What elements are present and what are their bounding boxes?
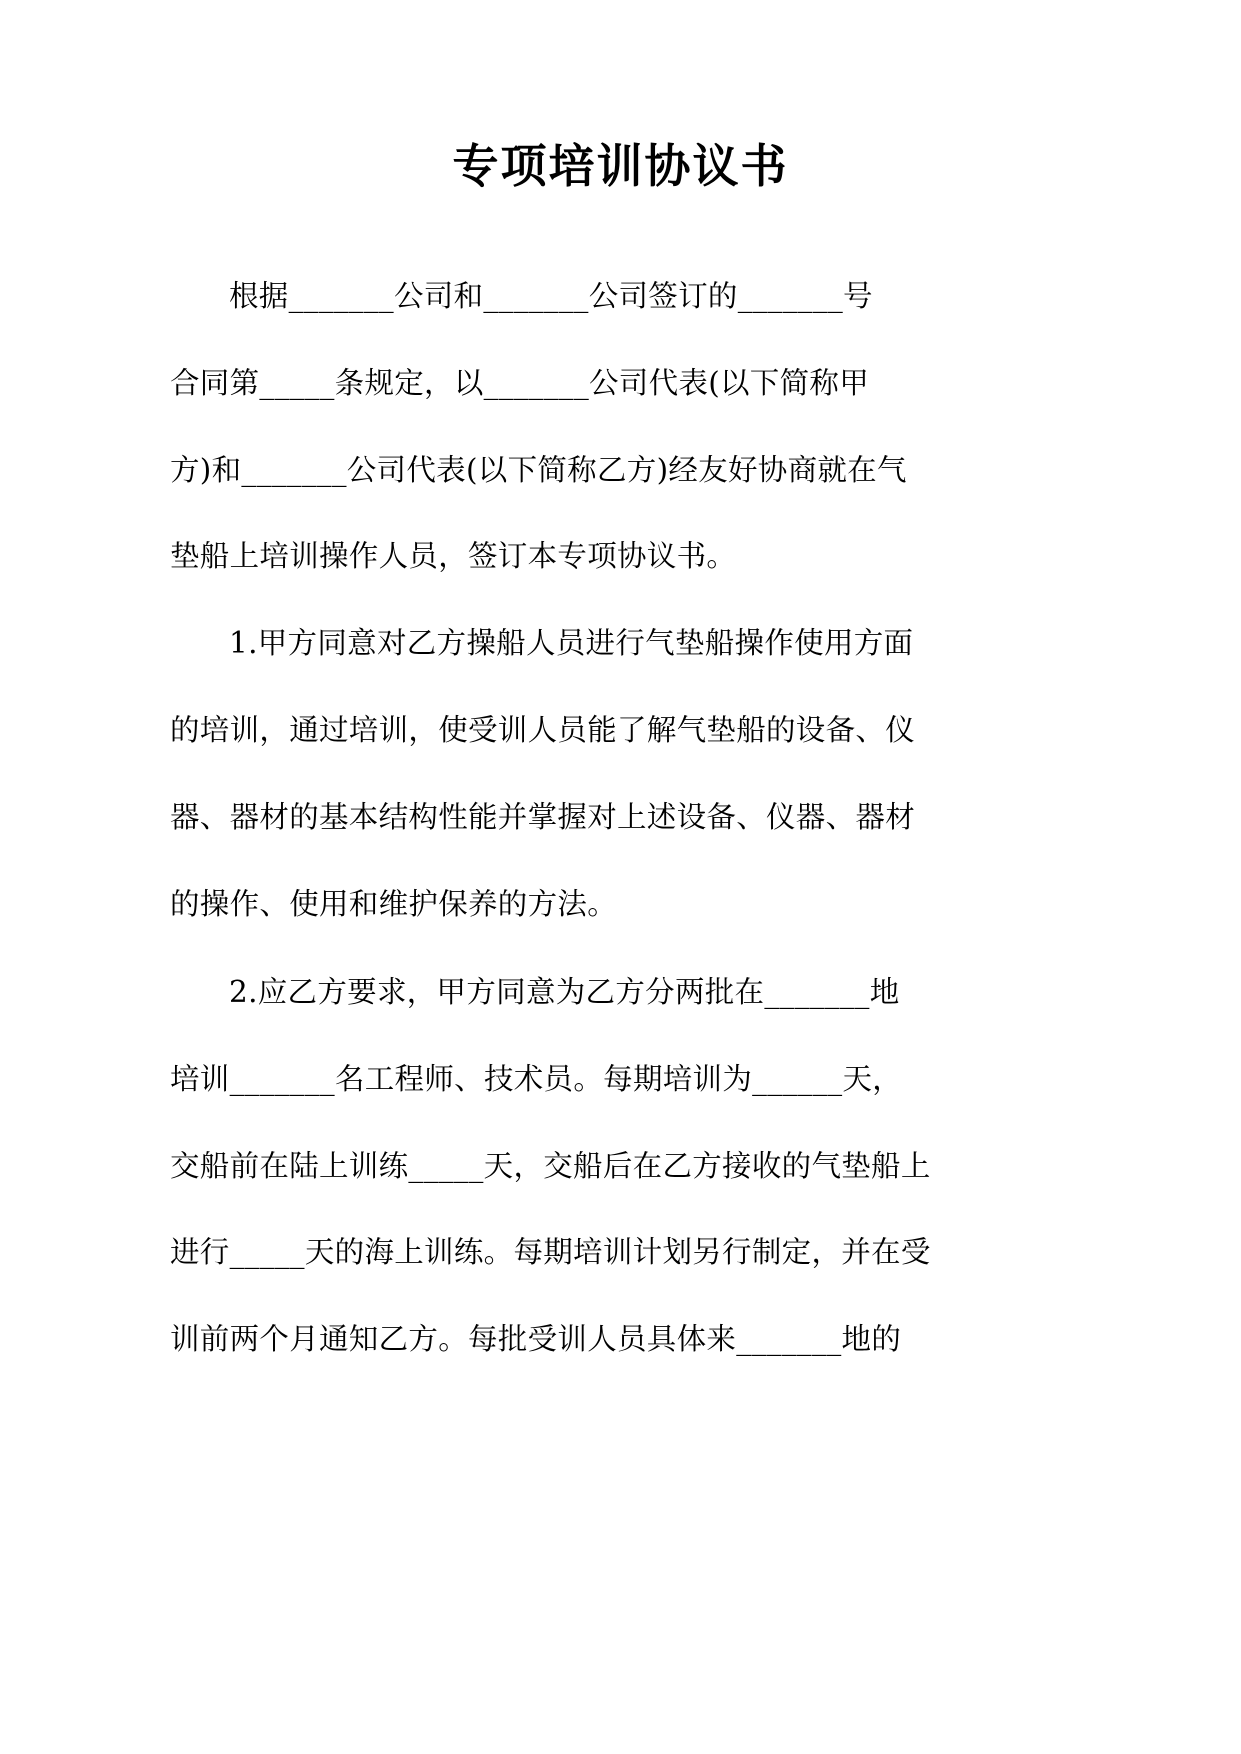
clause-2-line-4: 进行_____天的海上训练。每期培训计划另行制定，并在受 [170, 1232, 930, 1272]
paragraph-intro-line-3: 方)和_______公司代表(以下简称乙方)经友好协商就在气 [170, 450, 930, 490]
paragraph-intro-line-2: 合同第_____条规定，以_______公司代表(以下简称甲 [170, 363, 930, 403]
document-page: 专项培训协议书 根据_______公司和_______公司签订的_______号… [0, 0, 1241, 1754]
clause-1-line-2: 的培训，通过培训，使受训人员能了解气垫船的设备、仪 [170, 710, 930, 750]
paragraph-intro-line-4: 垫船上培训操作人员，签订本专项协议书。 [170, 536, 930, 576]
clause-2-line-5: 训前两个月通知乙方。每批受训人员具体来_______地的 [170, 1319, 930, 1359]
clause-1-line-4: 的操作、使用和维护保养的方法。 [170, 884, 930, 924]
clause-2-line-1: 2.应乙方要求，甲方同意为乙方分两批在_______地 [229, 972, 989, 1012]
clause-2-line-2: 培训_______名工程师、技术员。每期培训为______天， [170, 1059, 930, 1099]
clause-2-line-3: 交船前在陆上训练_____天，交船后在乙方接收的气垫船上 [170, 1146, 930, 1186]
document-title: 专项培训协议书 [0, 138, 1241, 194]
paragraph-intro-line-1: 根据_______公司和_______公司签订的_______号 [229, 276, 989, 316]
clause-1-line-3: 器、器材的基本结构性能并掌握对上述设备、仪器、器材 [170, 797, 930, 837]
clause-1-line-1: 1.甲方同意对乙方操船人员进行气垫船操作使用方面 [229, 623, 989, 663]
